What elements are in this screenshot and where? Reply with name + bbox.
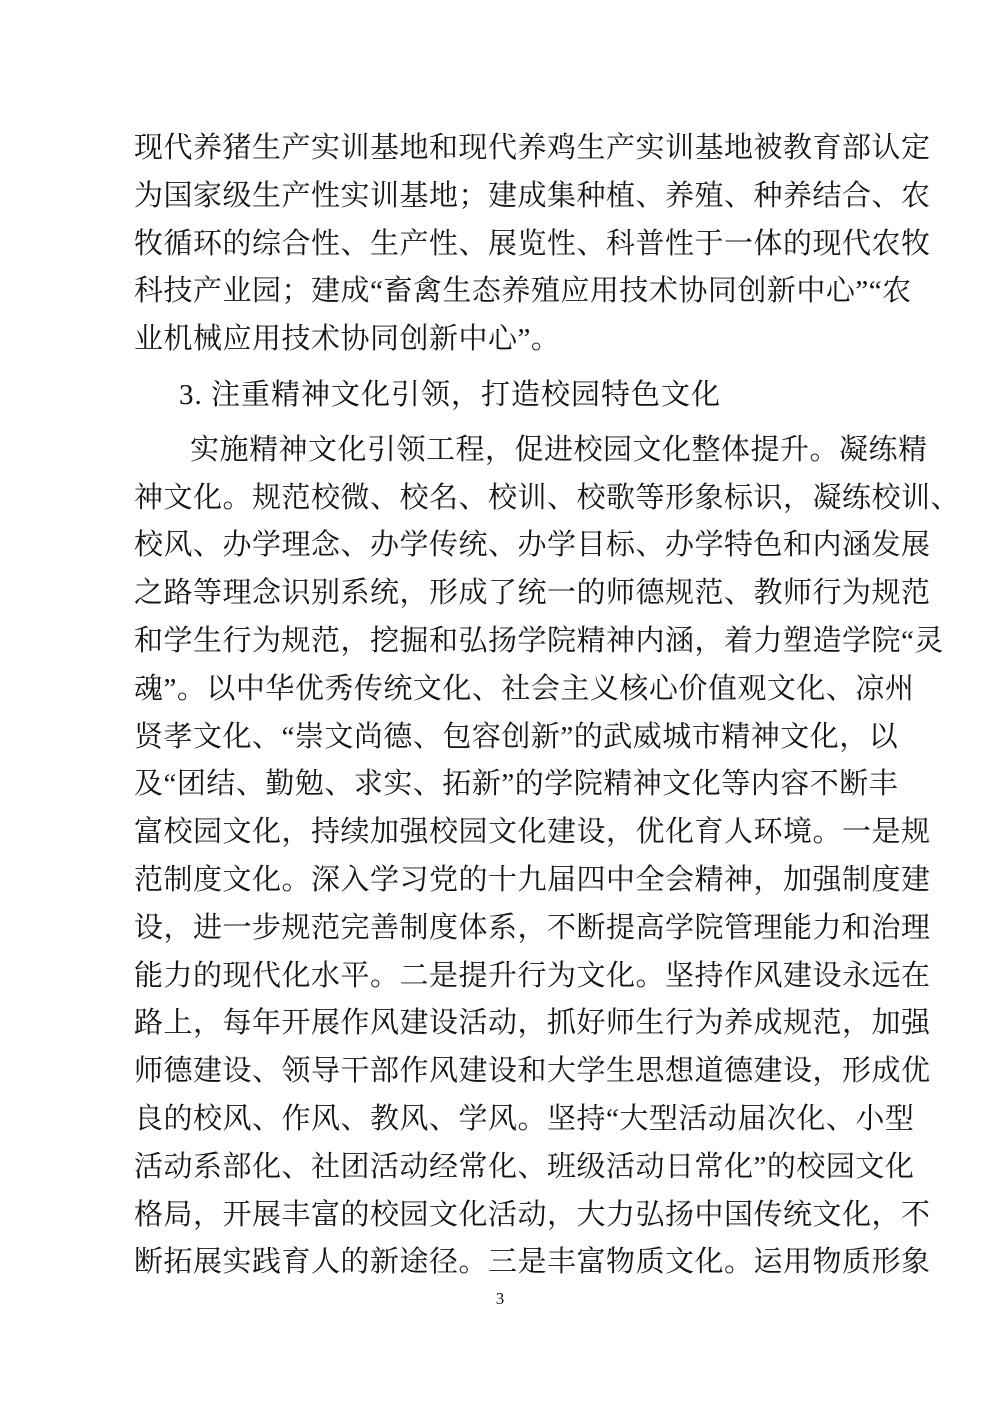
- paragraph-line: 及“团结、勤勉、求实、拓新”的学院精神文化等内容不断丰: [134, 761, 867, 809]
- paragraph-line: 为国家级生产性实训基地；建成集种植、养殖、种养结合、农: [134, 173, 867, 221]
- document-page: 现代养猪生产实训基地和现代养鸡生产实训基地被教育部认定 为国家级生产性实训基地；…: [0, 0, 1000, 1414]
- paragraph-line: 活动系部化、社团活动经常化、班级活动日常化”的校园文化: [134, 1144, 867, 1192]
- paragraph-line: 业机械应用技术协同创新中心”。: [134, 316, 867, 364]
- paragraph-line: 魂”。以中华优秀传统文化、社会主义核心价值观文化、凉州: [134, 666, 867, 714]
- paragraph-line: 断拓展实践育人的新途径。三是丰富物质文化。运用物质形象: [134, 1239, 867, 1287]
- section-heading: 3. 注重精神文化引领，打造校园特色文化: [134, 372, 867, 420]
- paragraph-line: 格局，开展丰富的校园文化活动，大力弘扬中国传统文化，不: [134, 1192, 867, 1240]
- paragraph-line: 设，进一步规范完善制度体系，不断提高学院管理能力和治理: [134, 905, 867, 953]
- paragraph-line: 校风、办学理念、办学传统、办学目标、办学特色和内涵发展: [134, 522, 867, 570]
- paragraph-line: 富校园文化，持续加强校园文化建设，优化育人环境。一是规: [134, 809, 867, 857]
- paragraph-line: 神文化。规范校微、校名、校训、校歌等形象标识，凝练校训、: [134, 475, 867, 523]
- paragraph-line: 路上，每年开展作风建设活动，抓好师生行为养成规范，加强: [134, 1000, 867, 1048]
- paragraph-line: 良的校风、作风、教风、学风。坚持“大型活动届次化、小型: [134, 1096, 867, 1144]
- paragraph-line: 牧循环的综合性、生产性、展览性、科普性于一体的现代农牧: [134, 221, 867, 269]
- page-number: 3: [0, 1288, 1000, 1310]
- body-text: 现代养猪生产实训基地和现代养鸡生产实训基地被教育部认定 为国家级生产性实训基地；…: [134, 125, 867, 1287]
- paragraph-line: 之路等理念识别系统，形成了统一的师德规范、教师行为规范: [134, 570, 867, 618]
- paragraph-line: 科技产业园；建成“畜禽生态养殖应用技术协同创新中心”“农: [134, 268, 867, 316]
- continued-paragraph: 现代养猪生产实训基地和现代养鸡生产实训基地被教育部认定 为国家级生产性实训基地；…: [134, 125, 867, 364]
- paragraph-line: 师德建设、领导干部作风建设和大学生思想道德建设，形成优: [134, 1048, 867, 1096]
- paragraph-line: 现代养猪生产实训基地和现代养鸡生产实训基地被教育部认定: [134, 125, 867, 173]
- paragraph-line: 贤孝文化、“崇文尚德、包容创新”的武威城市精神文化，以: [134, 714, 867, 762]
- paragraph-line: 实施精神文化引领工程，促进校园文化整体提升。凝练精: [134, 427, 867, 475]
- paragraph-line: 能力的现代化水平。二是提升行为文化。坚持作风建设永远在: [134, 953, 867, 1001]
- main-paragraph: 实施精神文化引领工程，促进校园文化整体提升。凝练精 神文化。规范校微、校名、校训…: [134, 427, 867, 1287]
- paragraph-line: 和学生行为规范，挖掘和弘扬学院精神内涵，着力塑造学院“灵: [134, 618, 867, 666]
- paragraph-line: 范制度文化。深入学习党的十九届四中全会精神，加强制度建: [134, 857, 867, 905]
